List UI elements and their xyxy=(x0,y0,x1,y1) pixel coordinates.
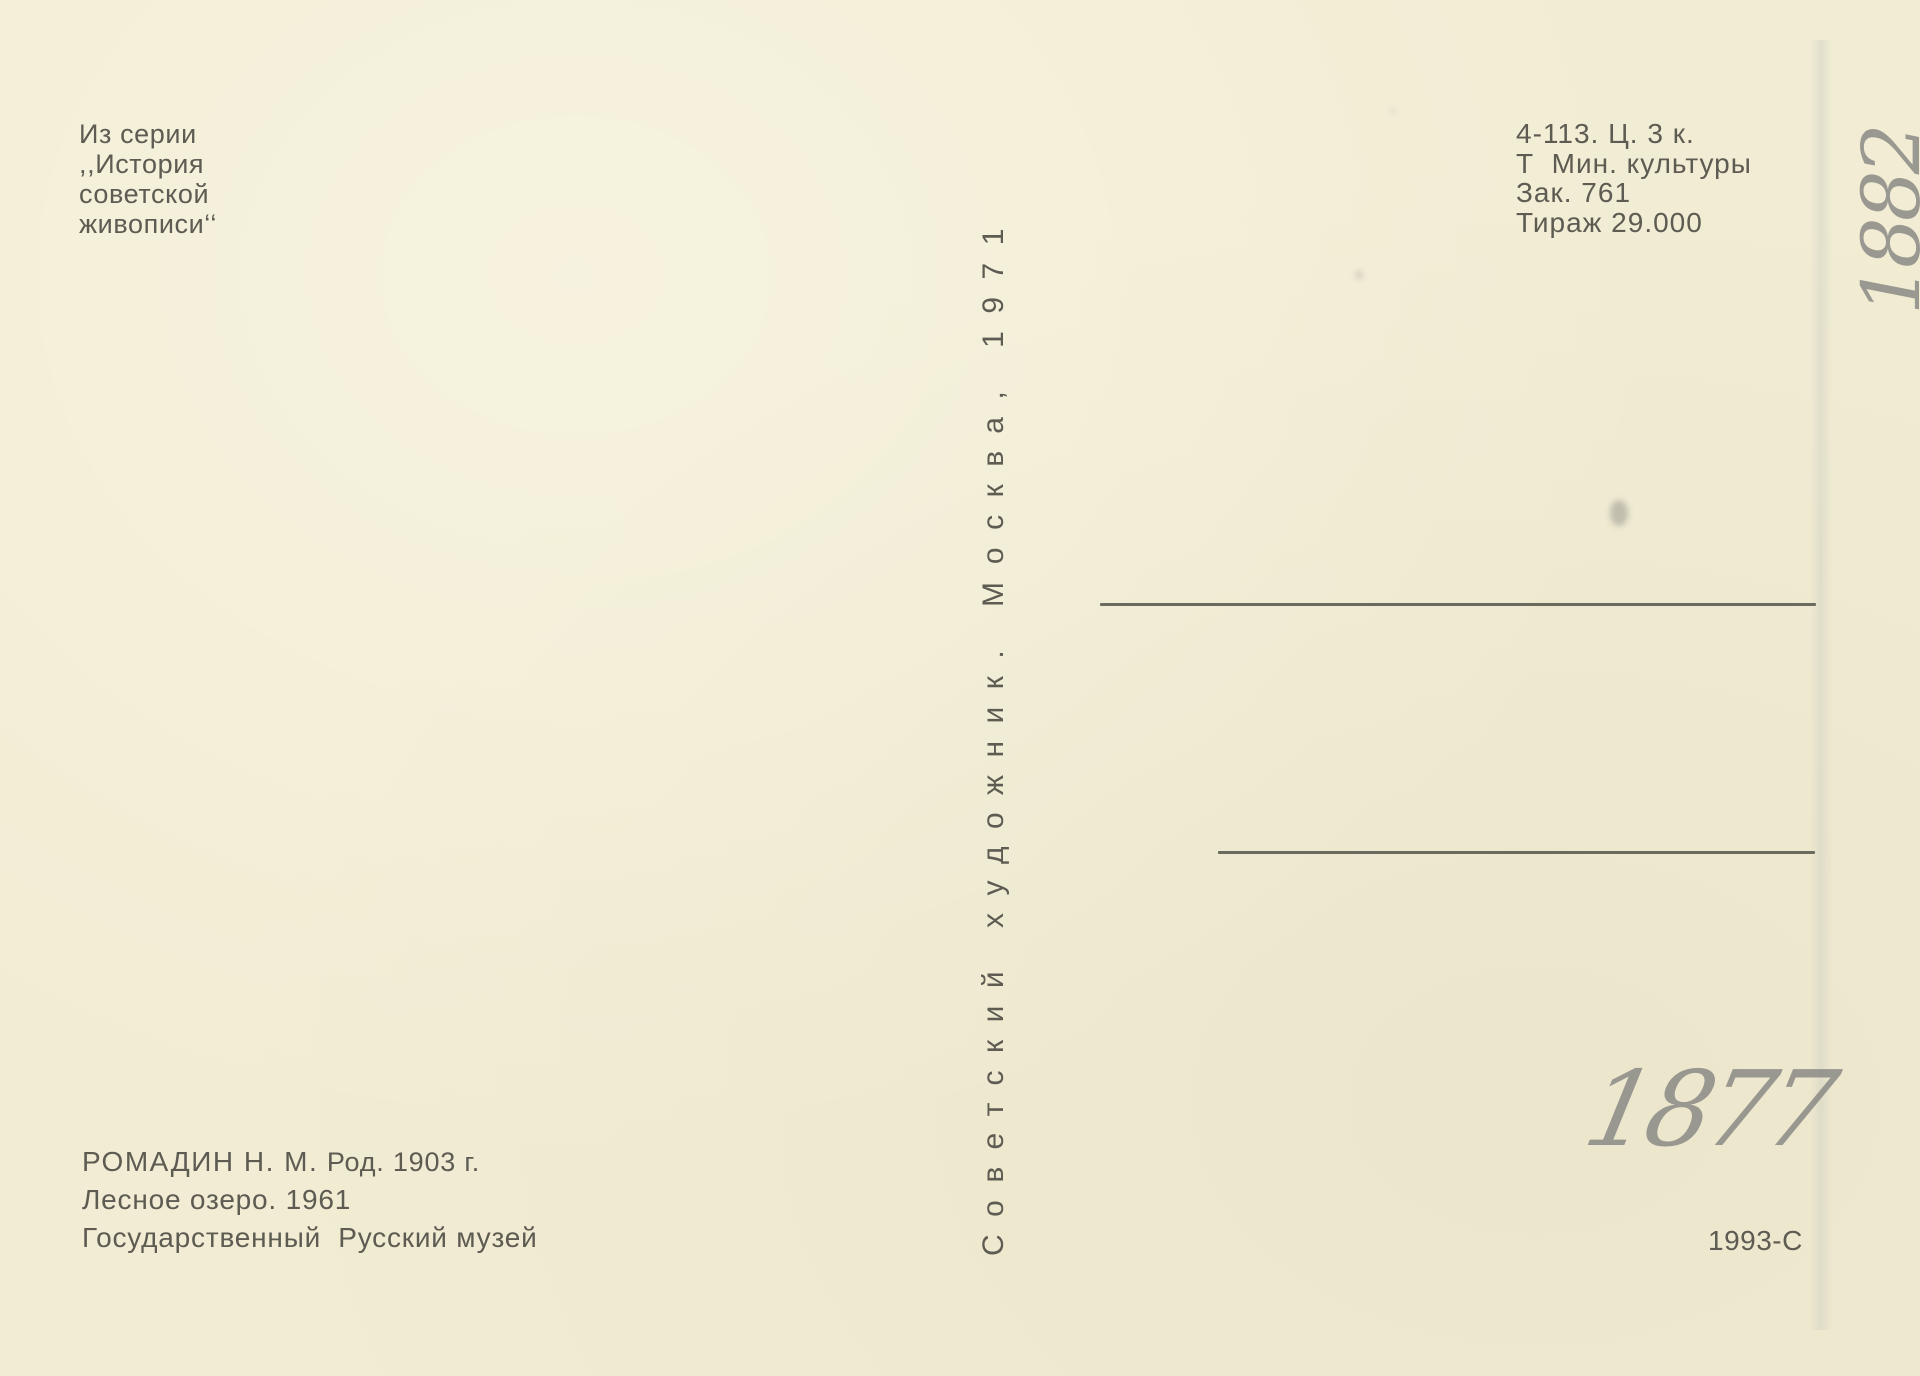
address-line xyxy=(1218,851,1815,854)
smudge xyxy=(1355,270,1363,280)
handwritten-number-vertical: 1882 xyxy=(1845,127,1920,315)
print-info-line: 4-113. Ц. 3 к. xyxy=(1516,119,1752,149)
series-line: Из серии xyxy=(79,119,217,149)
handwritten-number: 1877 xyxy=(1575,1048,1842,1170)
series-line: советской xyxy=(79,179,217,209)
museum-name: Государственный Русский музей xyxy=(82,1219,538,1257)
print-info: 4-113. Ц. 3 к. Т Мин. культуры Зак. 761 … xyxy=(1516,119,1752,237)
catalog-code: 1993-С xyxy=(1708,1225,1803,1257)
artwork-caption: РОМАДИН Н. М. Род. 1903 г. Лесное озеро.… xyxy=(82,1143,538,1257)
address-line xyxy=(1100,603,1816,606)
print-info-line: Т Мин. культуры xyxy=(1516,149,1752,179)
artwork-title: Лесное озеро. 1961 xyxy=(82,1181,538,1219)
smudge xyxy=(1390,108,1396,114)
publisher-vertical-text: Советский художник. Москва, 1971 xyxy=(976,211,1012,1256)
print-info-line: Зак. 761 xyxy=(1516,178,1752,208)
print-info-line: Тираж 29.000 xyxy=(1516,208,1752,238)
smudge xyxy=(1610,500,1628,526)
series-line: живописи‘‘ xyxy=(79,209,217,239)
author-born: Род. 1903 г. xyxy=(327,1147,480,1177)
author-name: РОМАДИН Н. М. xyxy=(82,1146,318,1177)
series-line: ,,История xyxy=(79,149,217,179)
series-title: Из серии ,,История советской живописи‘‘ xyxy=(79,119,217,239)
author-line: РОМАДИН Н. М. Род. 1903 г. xyxy=(82,1143,538,1181)
